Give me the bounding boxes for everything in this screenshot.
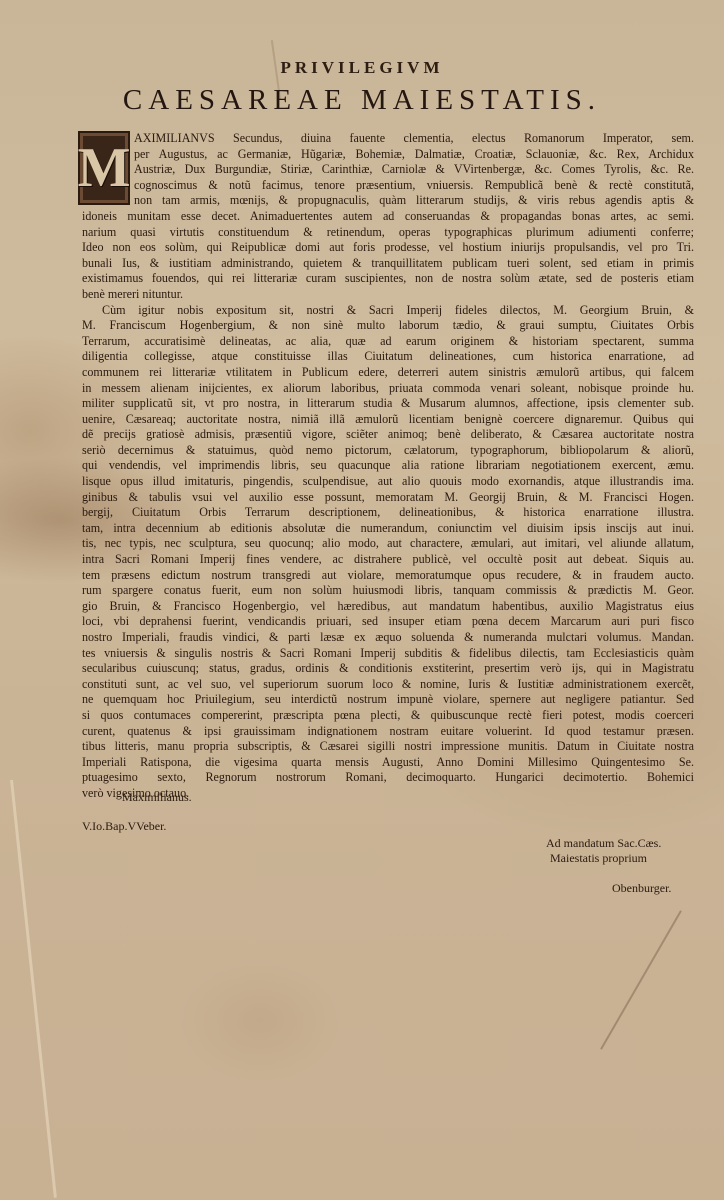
text-line: secularibus cuiuscunq; status, gradus, o… [82,661,694,677]
text-line: idoneis munitam esse decet. Animaduerten… [82,209,694,225]
text-line: bunali Ius, & iustitiam administrando, q… [82,256,694,272]
signature-obenburger: Obenburger. [612,881,671,896]
text-line: benè mereri nituntur. [82,287,694,303]
text-line: gio Bruin, & Francisco Hogenbergio, vel … [82,599,694,615]
text-line: M. Franciscum Hogenbergium, & non sinè m… [82,318,694,334]
title-privilegium: PRIVILEGIVM [0,58,724,78]
mandatum-line-2: Maiestatis proprium [546,851,661,866]
text-line: diligentia collegisse, atque constituiss… [82,349,694,365]
document-header: PRIVILEGIVM CAESAREAE MAIESTATIS. [0,58,724,117]
text-line: dẽ precijs gratiosè admisis, præsentiũ v… [82,427,694,443]
privilege-body: M AXIMILIANVS Secundus, diuina fauente c… [82,131,694,802]
text-line: tis, nec typis, nec sculptura, seu quocu… [82,536,694,552]
mandatum-line-1: Ad mandatum Sac.Cæs. [546,836,661,851]
text-line: bergij, Ciuitatum Orbis Terrarum descrip… [82,505,694,521]
text-line: tibus litteris, manu propria subscriptis… [82,739,694,755]
text-line: si quos contumaces compererint, præscrip… [82,708,694,724]
text-line: communem rei litterariæ vtilitatem in Pu… [82,365,694,381]
text-line: curent, quatenus & ipsi grauissimam indi… [82,724,694,740]
text-line: Imperiali Ratispona, die vigesima quarta… [82,755,694,771]
text-line: existimamus fouendos, qui rei litterariæ… [82,271,694,287]
text-line: uenire, Cæsareaq; auctoritate nostra, ni… [82,412,694,428]
text-line: narium quasi virtutis constituendum & re… [82,225,694,241]
text-line: tes vniuersis & singulis nostris & Sacri… [82,646,694,662]
text-line: rum spargere conatus fuerit, eum non sol… [82,583,694,599]
text-line: tam, intra decennium ab editionis absolu… [82,521,694,537]
text-line: in messem alienam inijcientes, ex alioru… [82,381,694,397]
text-line: per Augustus, ac Germaniæ, Hũgariæ, Bohe… [82,147,694,163]
title-caesareae-maiestatis: CAESAREAE MAIESTATIS. [0,84,724,117]
text-line: loci, vbi deprahensi fuerint, vendicandi… [82,614,694,630]
signature-weber: V.Io.Bap.VVeber. [82,819,166,834]
text-line: AXIMILIANVS Secundus, diuina fauente cle… [82,131,694,147]
text-line: tem præsens edictum nostrum transgredi a… [82,568,694,584]
text-line: seriò decernimus & statuimus, quòd nemo … [82,443,694,459]
text-line: ne quemquam hoc Priuilegium, seu interdi… [82,692,694,708]
ornamental-drop-cap: M [78,131,130,205]
text-line: lisque opus illud imitaturis, pingendis,… [82,474,694,490]
text-line: Austriæ, Dux Burgundiæ, Stiriæ, Carinthi… [82,162,694,178]
paragraph-1: AXIMILIANVS Secundus, diuina fauente cle… [82,131,694,303]
text-line: non tam armis, mœnijs, & propugnaculis, … [82,193,694,209]
text-line: Ideo non eos solùm, qui Reipublicæ domi … [82,240,694,256]
text-line: ginibus & tabulis vsui vel auxilio esse … [82,490,694,506]
text-line: cognoscimus & notũ facimus, tenore præse… [82,178,694,194]
text-line: constituti sunt, ac vel suo, vel superio… [82,677,694,693]
text-line: Cùm igitur nobis expositum sit, nostri &… [82,303,694,319]
text-line: ptuagesimo sexto, Regnorum nostrorum Rom… [82,770,694,786]
text-line: intra Sacri Romani Imperij fines vendere… [82,552,694,568]
text-line: qui vendendis, vel imprimendis libris, s… [82,458,694,474]
paragraph-2: Cùm igitur nobis expositum sit, nostri &… [82,303,694,802]
text-line: militer supplicatũ sit, vt pro nostra, i… [82,396,694,412]
signature-maximilianus: Maximilianus. [122,790,192,805]
text-line: nostro Imperiali, fraudis vindici, & par… [82,630,694,646]
text-line: Terrarum, accuratisimè delineatas, ac al… [82,334,694,350]
drop-cap-letter: M [78,140,131,196]
mandatum-note: Ad mandatum Sac.Cæs. Maiestatis proprium [546,836,661,866]
